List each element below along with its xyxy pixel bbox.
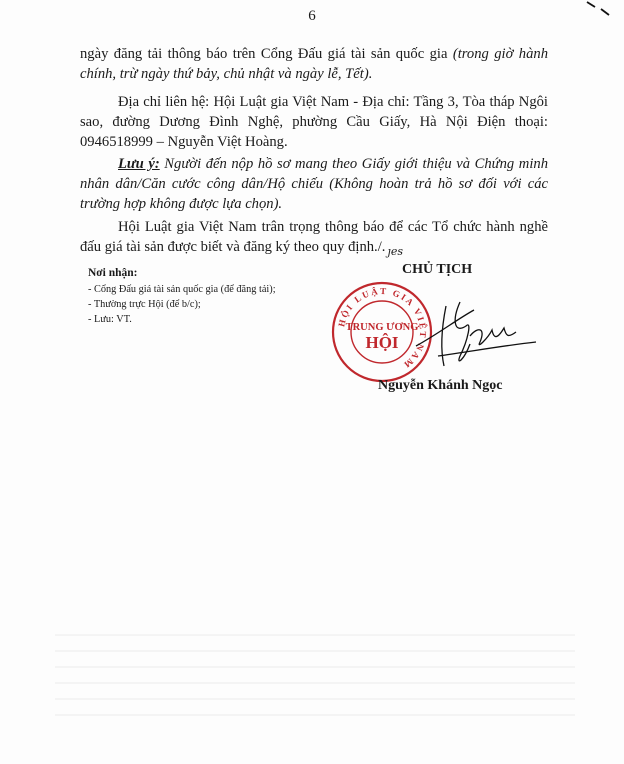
closing-text: Hội Luật gia Việt Nam trân trọng thông b…	[80, 219, 548, 255]
paragraph-deadline-text: ngày đăng tải thông báo trên Cổng Đấu gi…	[80, 46, 453, 62]
paper-bleed-through	[55, 620, 575, 760]
contact-address-text: Địa chỉ liên hệ: Hội Luật gia Việt Nam -…	[80, 94, 548, 150]
page-number: 6	[0, 8, 624, 25]
recipients-block: Nơi nhận: - Cổng Đấu giá tài sản quốc gi…	[88, 266, 276, 327]
signer-name: Nguyễn Khánh Ngọc	[378, 378, 502, 394]
paragraph-deadline: ngày đăng tải thông báo trên Cổng Đấu gi…	[80, 44, 548, 84]
recipient-item: - Thường trực Hội (để b/c);	[88, 297, 276, 312]
svg-text:HỘI: HỘI	[365, 333, 398, 352]
handwritten-signature-icon	[408, 296, 538, 374]
signer-position: CHỦ TỊCH	[402, 262, 472, 278]
document-page: 6 ngày đăng tải thông báo trên Cổng Đấu …	[0, 0, 624, 764]
paragraph-note: Lưu ý: Người đến nộp hồ sơ mang theo Giấ…	[80, 154, 548, 214]
note-label: Lưu ý:	[118, 156, 160, 172]
recipient-item: - Cổng Đấu giá tài sản quốc gia (để đăng…	[88, 282, 276, 297]
recipients-title: Nơi nhận:	[88, 266, 276, 281]
handwritten-initials: ȷes	[387, 245, 403, 258]
signature-block: CHỦ TỊCH HỘI LUẬT GIA VIỆT NAM TRUNG ƯƠN…	[330, 258, 530, 398]
paragraph-closing: Hội Luật gia Việt Nam trân trọng thông b…	[80, 217, 548, 258]
recipient-item: - Lưu: VT.	[88, 312, 276, 327]
paragraph-contact: Địa chỉ liên hệ: Hội Luật gia Việt Nam -…	[80, 92, 548, 152]
